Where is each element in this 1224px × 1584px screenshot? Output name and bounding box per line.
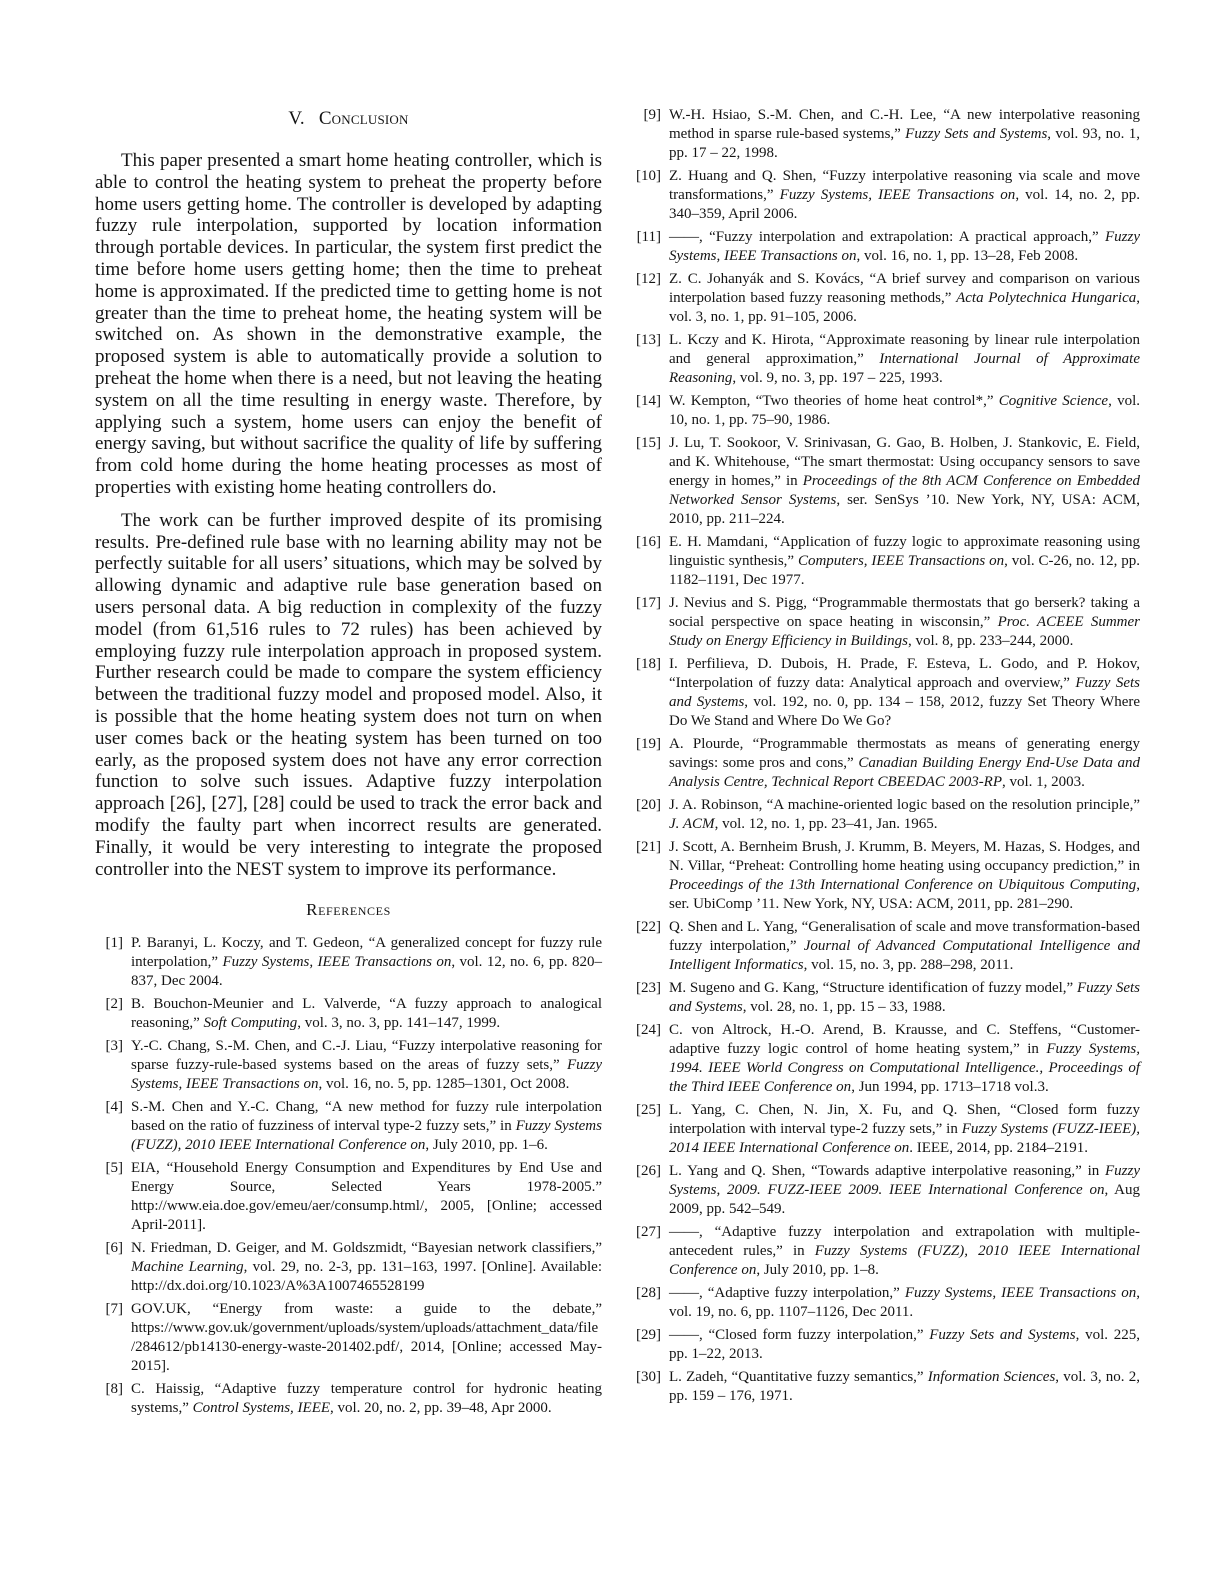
conclusion-paragraph-1: This paper presented a smart home heatin… [95, 150, 602, 499]
reference-number: [8] [95, 1380, 123, 1399]
reference-text: ——, “Closed form fuzzy interpolation,” F… [669, 1326, 1140, 1364]
reference-number: [10] [633, 167, 661, 186]
left-column: V.Conclusion This paper presented a smar… [95, 106, 602, 1422]
conclusion-paragraph-2: The work can be further improved despite… [95, 510, 602, 881]
reference-text: C. von Altrock, H.-O. Arend, B. Krausse,… [669, 1021, 1140, 1097]
reference-text: L. Yang and Q. Shen, “Towards adaptive i… [669, 1162, 1140, 1219]
conclusion-heading-title: Conclusion [319, 108, 409, 129]
reference-number: [6] [95, 1239, 123, 1258]
reference-item: [22]Q. Shen and L. Yang, “Generalisation… [633, 918, 1140, 975]
reference-number: [3] [95, 1037, 123, 1056]
reference-item: [28]——, “Adaptive fuzzy interpolation,” … [633, 1284, 1140, 1322]
references-heading: References [95, 900, 602, 920]
reference-item: [14]W. Kempton, “Two theories of home he… [633, 392, 1140, 430]
reference-number: [9] [633, 106, 661, 125]
reference-text: E. H. Mamdani, “Application of fuzzy log… [669, 533, 1140, 590]
reference-text: C. Haissig, “Adaptive fuzzy temperature … [131, 1380, 602, 1418]
reference-item: [2]B. Bouchon-Meunier and L. Valverde, “… [95, 995, 602, 1033]
reference-number: [20] [633, 796, 661, 815]
reference-text: GOV.UK, “Energy from waste: a guide to t… [131, 1300, 602, 1376]
reference-number: [4] [95, 1098, 123, 1117]
reference-text: Z. Huang and Q. Shen, “Fuzzy interpolati… [669, 167, 1140, 224]
reference-number: [12] [633, 270, 661, 289]
reference-item: [23]M. Sugeno and G. Kang, “Structure id… [633, 979, 1140, 1017]
reference-item: [30]L. Zadeh, “Quantitative fuzzy semant… [633, 1368, 1140, 1406]
reference-text: P. Baranyi, L. Koczy, and T. Gedeon, “A … [131, 934, 602, 991]
reference-text: N. Friedman, D. Geiger, and M. Goldszmid… [131, 1239, 602, 1296]
reference-item: [13]L. Kczy and K. Hirota, “Approximate … [633, 331, 1140, 388]
reference-item: [15]J. Lu, T. Sookoor, V. Srinivasan, G.… [633, 434, 1140, 529]
reference-item: [12]Z. C. Johanyák and S. Kovács, “A bri… [633, 270, 1140, 327]
reference-text: ——, “Adaptive fuzzy interpolation and ex… [669, 1223, 1140, 1280]
reference-item: [4]S.-M. Chen and Y.-C. Chang, “A new me… [95, 1098, 602, 1155]
reference-text: L. Yang, C. Chen, N. Jin, X. Fu, and Q. … [669, 1101, 1140, 1158]
reference-number: [15] [633, 434, 661, 453]
reference-item: [9]W.-H. Hsiao, S.-M. Chen, and C.-H. Le… [633, 106, 1140, 163]
reference-item: [26]L. Yang and Q. Shen, “Towards adapti… [633, 1162, 1140, 1219]
reference-number: [1] [95, 934, 123, 953]
reference-item: [18]I. Perfilieva, D. Dubois, H. Prade, … [633, 655, 1140, 731]
reference-number: [17] [633, 594, 661, 613]
reference-item: [3]Y.-C. Chang, S.-M. Chen, and C.-J. Li… [95, 1037, 602, 1094]
reference-number: [28] [633, 1284, 661, 1303]
reference-number: [30] [633, 1368, 661, 1387]
reference-number: [21] [633, 838, 661, 857]
reference-text: S.-M. Chen and Y.-C. Chang, “A new metho… [131, 1098, 602, 1155]
reference-item: [19]A. Plourde, “Programmable thermostat… [633, 735, 1140, 792]
reference-number: [29] [633, 1326, 661, 1345]
reference-item: [11]——, “Fuzzy interpolation and extrapo… [633, 228, 1140, 266]
reference-item: [29]——, “Closed form fuzzy interpolation… [633, 1326, 1140, 1364]
reference-item: [8]C. Haissig, “Adaptive fuzzy temperatu… [95, 1380, 602, 1418]
reference-text: EIA, “Household Energy Consumption and E… [131, 1159, 602, 1235]
reference-item: [7]GOV.UK, “Energy from waste: a guide t… [95, 1300, 602, 1376]
reference-text: J. Scott, A. Bernheim Brush, J. Krumm, B… [669, 838, 1140, 914]
reference-number: [7] [95, 1300, 123, 1319]
reference-text: W.-H. Hsiao, S.-M. Chen, and C.-H. Lee, … [669, 106, 1140, 163]
reference-number: [22] [633, 918, 661, 937]
paper-page: V.Conclusion This paper presented a smar… [0, 0, 1224, 1584]
reference-number: [16] [633, 533, 661, 552]
reference-number: [26] [633, 1162, 661, 1181]
reference-text: I. Perfilieva, D. Dubois, H. Prade, F. E… [669, 655, 1140, 731]
reference-item: [1]P. Baranyi, L. Koczy, and T. Gedeon, … [95, 934, 602, 991]
reference-text: M. Sugeno and G. Kang, “Structure identi… [669, 979, 1140, 1017]
reference-number: [19] [633, 735, 661, 754]
reference-item: [27]——, “Adaptive fuzzy interpolation an… [633, 1223, 1140, 1280]
reference-number: [14] [633, 392, 661, 411]
reference-number: [18] [633, 655, 661, 674]
reference-item: [6]N. Friedman, D. Geiger, and M. Goldsz… [95, 1239, 602, 1296]
reference-text: Q. Shen and L. Yang, “Generalisation of … [669, 918, 1140, 975]
reference-number: [2] [95, 995, 123, 1014]
reference-text: L. Zadeh, “Quantitative fuzzy semantics,… [669, 1368, 1140, 1406]
reference-text: Z. C. Johanyák and S. Kovács, “A brief s… [669, 270, 1140, 327]
reference-text: L. Kczy and K. Hirota, “Approximate reas… [669, 331, 1140, 388]
references-list-right: [9]W.-H. Hsiao, S.-M. Chen, and C.-H. Le… [633, 106, 1140, 1406]
reference-text: J. Nevius and S. Pigg, “Programmable the… [669, 594, 1140, 651]
reference-number: [5] [95, 1159, 123, 1178]
reference-text: J. Lu, T. Sookoor, V. Srinivasan, G. Gao… [669, 434, 1140, 529]
right-column: [9]W.-H. Hsiao, S.-M. Chen, and C.-H. Le… [633, 106, 1140, 1410]
reference-number: [23] [633, 979, 661, 998]
reference-item: [5]EIA, “Household Energy Consumption an… [95, 1159, 602, 1235]
reference-item: [21]J. Scott, A. Bernheim Brush, J. Krum… [633, 838, 1140, 914]
reference-text: J. A. Robinson, “A machine-oriented logi… [669, 796, 1140, 834]
reference-number: [24] [633, 1021, 661, 1040]
reference-item: [24]C. von Altrock, H.-O. Arend, B. Krau… [633, 1021, 1140, 1097]
references-list-left: [1]P. Baranyi, L. Koczy, and T. Gedeon, … [95, 934, 602, 1418]
conclusion-heading: V.Conclusion [95, 108, 602, 130]
reference-text: ——, “Fuzzy interpolation and extrapolati… [669, 228, 1140, 266]
reference-number: [25] [633, 1101, 661, 1120]
reference-text: A. Plourde, “Programmable thermostats as… [669, 735, 1140, 792]
reference-text: Y.-C. Chang, S.-M. Chen, and C.-J. Liau,… [131, 1037, 602, 1094]
reference-text: W. Kempton, “Two theories of home heat c… [669, 392, 1140, 430]
reference-number: [13] [633, 331, 661, 350]
reference-item: [20]J. A. Robinson, “A machine-oriented … [633, 796, 1140, 834]
reference-text: B. Bouchon-Meunier and L. Valverde, “A f… [131, 995, 602, 1033]
conclusion-heading-number: V. [288, 108, 304, 129]
reference-number: [27] [633, 1223, 661, 1242]
reference-item: [17]J. Nevius and S. Pigg, “Programmable… [633, 594, 1140, 651]
reference-item: [10]Z. Huang and Q. Shen, “Fuzzy interpo… [633, 167, 1140, 224]
reference-item: [25]L. Yang, C. Chen, N. Jin, X. Fu, and… [633, 1101, 1140, 1158]
reference-text: ——, “Adaptive fuzzy interpolation,” Fuzz… [669, 1284, 1140, 1322]
reference-number: [11] [633, 228, 661, 247]
reference-item: [16]E. H. Mamdani, “Application of fuzzy… [633, 533, 1140, 590]
